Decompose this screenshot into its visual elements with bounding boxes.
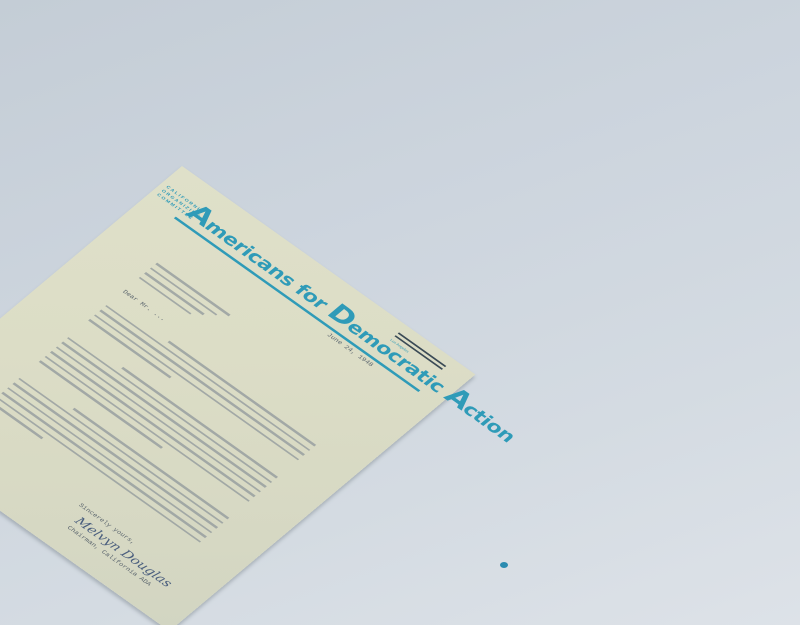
letter-sheet: CALIFORNIA ORGANIZING COMMITTEE American… xyxy=(0,166,475,625)
inside-address xyxy=(135,263,231,334)
ink-spot xyxy=(500,562,508,568)
letter-sheet-wrapper: CALIFORNIA ORGANIZING COMMITTEE American… xyxy=(0,0,800,625)
photo-scene: CALIFORNIA ORGANIZING COMMITTEE American… xyxy=(0,0,800,625)
letterhead: CALIFORNIA ORGANIZING COMMITTEE American… xyxy=(203,199,439,367)
